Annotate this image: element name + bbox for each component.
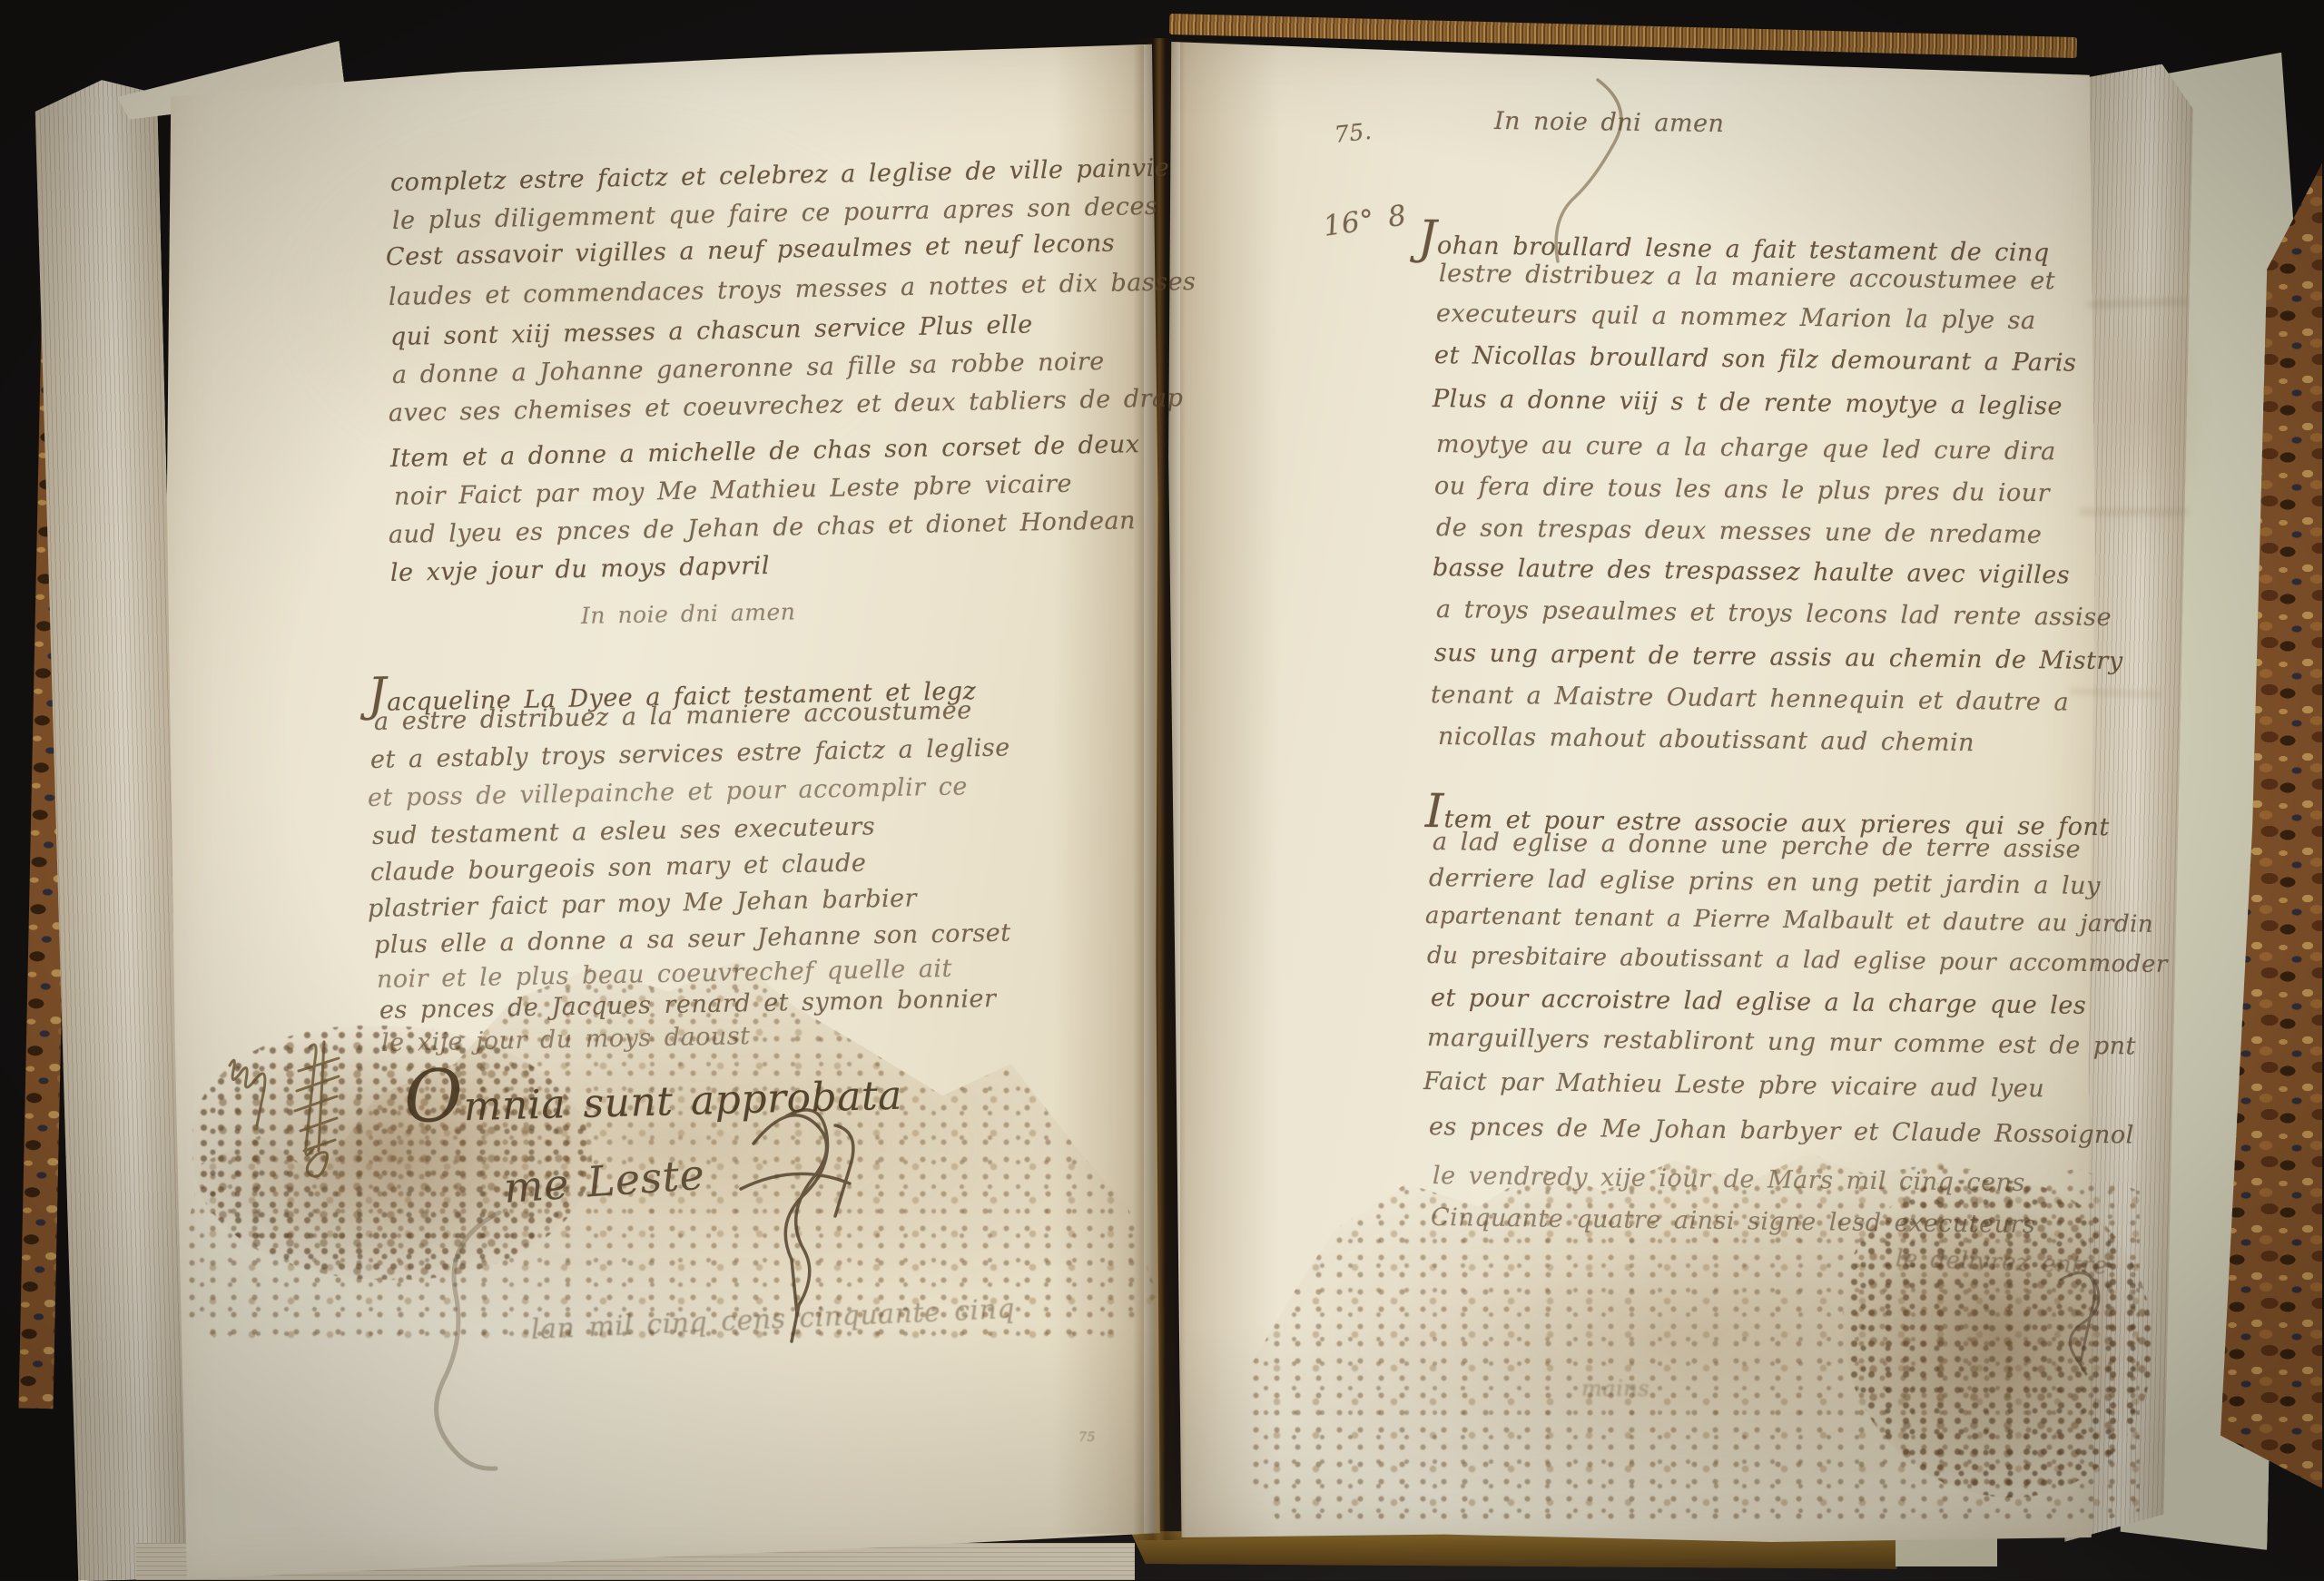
section-heading-invocation: In noie dni amen — [581, 598, 796, 629]
ghost-text-fragment: mains — [1581, 1376, 1649, 1401]
tiny-folio-mark: 75 — [1078, 1430, 1096, 1445]
gutter-inner-shadow-right — [1180, 42, 1280, 1539]
signature-paraph-flourish — [699, 1089, 899, 1343]
pen-trial-scribble — [222, 1035, 395, 1198]
stain-right-page-edge — [2088, 263, 2206, 563]
executor-paraph-flourish — [2033, 1262, 2133, 1380]
folio-number: 75. — [1333, 118, 1373, 148]
faded-initial-flourish — [418, 1207, 545, 1498]
bleedthrough-mark — [2079, 508, 2188, 516]
manuscript-book-photo: completz estre faictz et celebrez a legl… — [0, 0, 2324, 1580]
